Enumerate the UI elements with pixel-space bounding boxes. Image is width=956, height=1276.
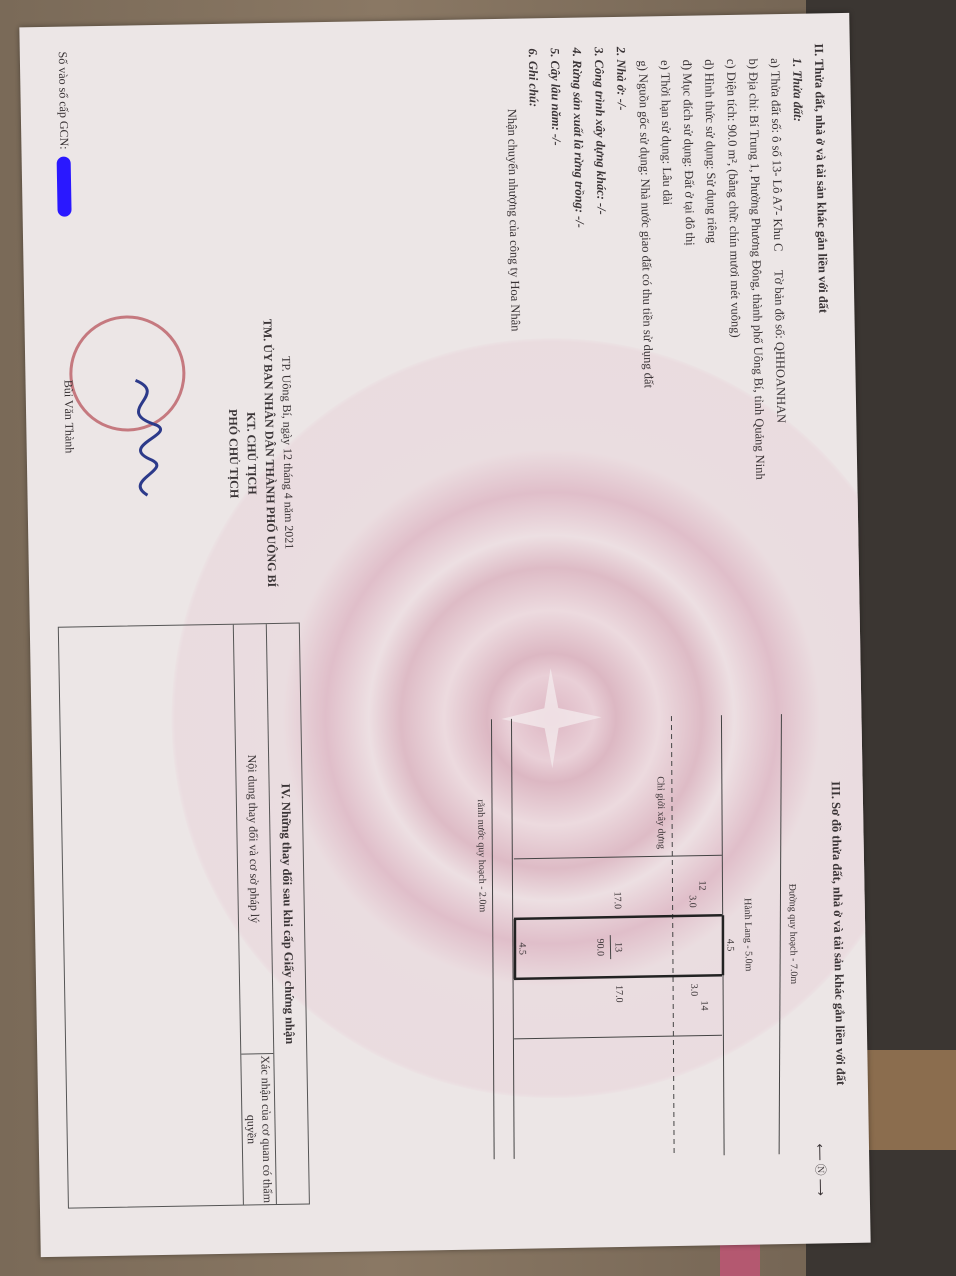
- lot-right-label: 14: [698, 1000, 709, 1010]
- col-confirm-header: Xác nhận của cơ quan có thẩm quyền: [241, 1054, 276, 1205]
- dim-front: 4.5: [724, 939, 735, 952]
- corridor-label: Hành Lang - 5.0m: [742, 898, 754, 972]
- section-iv-table: IV. Những thay đổi sau khi cấp Giấy chứn…: [58, 623, 310, 1209]
- map-sheet: Tờ bản đồ số: QHHOANHAN: [772, 270, 789, 423]
- section-iii-title: III. Sơ đồ thửa đất, nhà ở và tài sản kh…: [825, 653, 850, 1213]
- drain-label: rãnh nước quy hoạch - 2.0m: [475, 799, 488, 912]
- registry-number: Số vào sổ cấp GCN:: [55, 51, 73, 216]
- org: TM. ỦY BAN NHÂN DÂN THÀNH PHỐ UÔNG BÍ: [260, 319, 279, 588]
- north-arrow-icon: ⟵ Ⓝ ⟶: [812, 1143, 830, 1196]
- kt: KT. CHỦ TỊCH: [244, 412, 259, 495]
- section-ii: II. Thửa đất, nhà ở và tài sản khác gắn …: [500, 43, 840, 609]
- dim-side-a: 17.0: [612, 891, 623, 909]
- dim-side-b: 17.0: [613, 985, 624, 1003]
- registry-label: Số vào sổ cấp GCN:: [56, 51, 72, 149]
- road-label: Đường quy hoạch - 7.0m: [786, 884, 799, 985]
- certificate-page: II. Thửa đất, nhà ở và tài sản khác gắn …: [19, 13, 870, 1257]
- dim-setback-b: 3.0: [688, 984, 699, 997]
- lot-left-label: 12: [696, 880, 707, 890]
- lot-label: a) Thửa đất số: ô số 13- Lô A7- Khu C: [768, 58, 785, 252]
- plot-diagram: Đường quy hoạch - 7.0m Hành Lang - 5.0m …: [430, 654, 820, 1221]
- signature-block: TP. Uông Bí, ngày 12 tháng 4 năm 2021 TM…: [222, 273, 300, 634]
- role: PHÓ CHỦ TỊCH: [226, 409, 242, 498]
- redaction-mark: [56, 156, 71, 216]
- lot-area-label: 90.0: [594, 938, 605, 956]
- lot-main-label: 13: [612, 942, 623, 952]
- setback-label: Chỉ giới xây dựng: [654, 776, 666, 849]
- rotated-content: II. Thửa đất, nhà ở và tài sản khác gắn …: [19, 13, 870, 1257]
- dim-setback-a: 3.0: [687, 895, 698, 908]
- signature-icon: [105, 375, 177, 516]
- dim-back: 4.5: [516, 942, 527, 955]
